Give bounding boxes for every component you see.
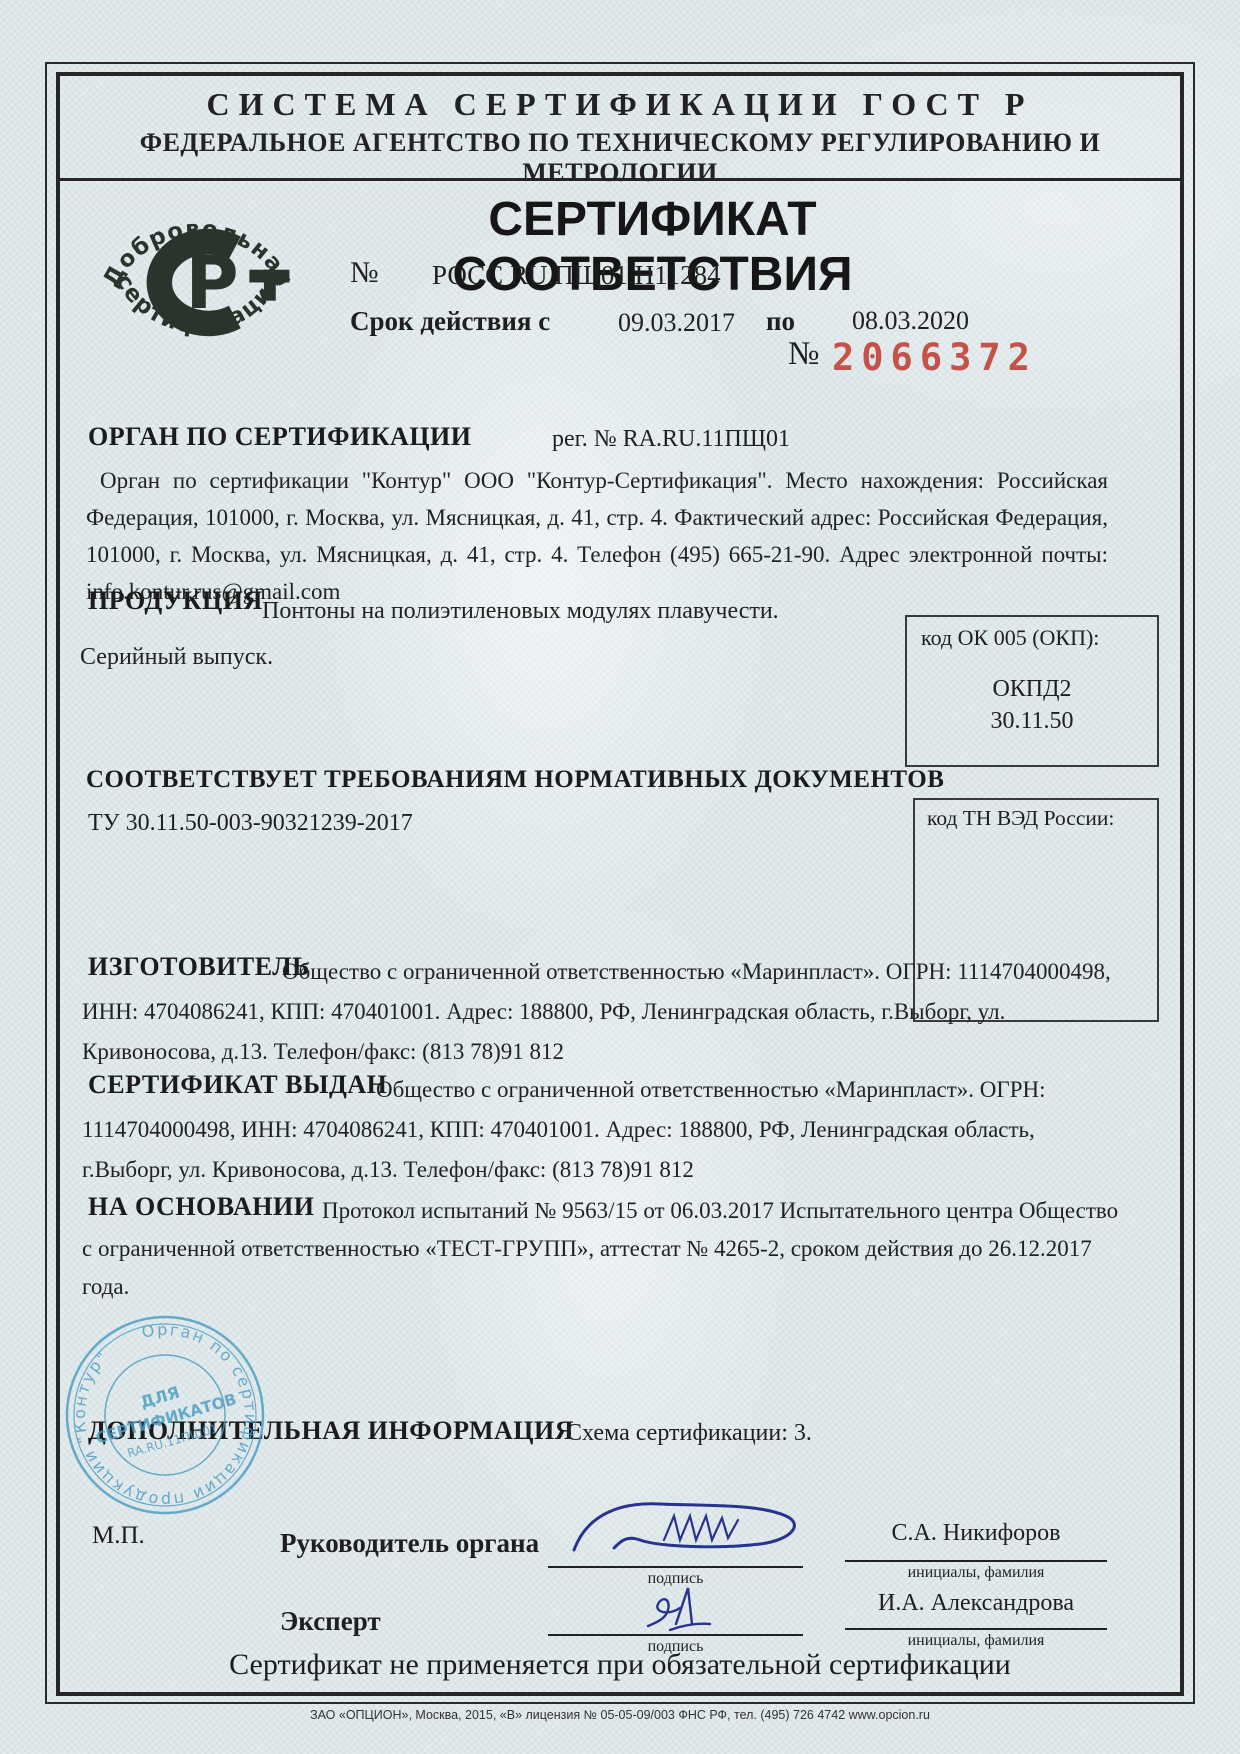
disclaimer-text: Сертификат не применяется при обязательн… xyxy=(70,1648,1170,1682)
expert-signature-line xyxy=(548,1634,803,1636)
head-name-line xyxy=(845,1560,1107,1562)
validity-label: Срок действия с xyxy=(350,306,550,337)
expert-name: И.А. Александрова xyxy=(845,1590,1107,1617)
form-number-label: № xyxy=(788,336,820,373)
agency-title: ФЕДЕРАЛЬНОЕ АГЕНТСТВО ПО ТЕХНИЧЕСКОМУ РЕ… xyxy=(64,128,1176,188)
expert-signature xyxy=(636,1580,736,1636)
certification-body-reg-number: рег. № RA.RU.11ПЩ01 xyxy=(552,426,790,453)
head-signature xyxy=(560,1494,810,1566)
form-number-red-stamp: 2066372 xyxy=(832,336,1037,379)
expert-name-line xyxy=(845,1628,1107,1630)
issued-to-text: Общество с ограниченной ответственностью… xyxy=(82,1070,1122,1190)
okp-code-value: ОКПД2 30.11.50 xyxy=(907,673,1157,737)
expert-signature-icon xyxy=(636,1580,736,1636)
head-signature-line xyxy=(548,1566,803,1568)
head-of-body-label: Руководитель органа xyxy=(280,1528,539,1559)
expert-label: Эксперт xyxy=(280,1606,381,1637)
valid-from-date: 09.03.2017 xyxy=(618,308,735,338)
head-signature-icon xyxy=(560,1494,810,1566)
valid-to-label: по xyxy=(766,306,795,337)
tnved-code-label: код ТН ВЭД России: xyxy=(927,806,1114,831)
certificate-page: { "header": { "system": "СИСТЕМА СЕРТИФИ… xyxy=(0,0,1240,1754)
seal-place-label: М.П. xyxy=(92,1522,145,1550)
additional-info-text: Схема сертификации: 3. xyxy=(566,1420,812,1447)
certificate-number-label: № xyxy=(350,256,379,290)
head-name-caption: инициалы, фамилия xyxy=(845,1564,1107,1582)
certification-body-heading: ОРГАН ПО СЕРТИФИКАЦИИ xyxy=(88,422,472,452)
rst-logo-icon: Добровольная сертификация Р xyxy=(90,186,305,368)
conformity-heading: СООТВЕТСТВУЕТ ТРЕБОВАНИЯМ НОРМАТИВНЫХ ДО… xyxy=(86,766,1096,794)
conformity-document: ТУ 30.11.50-003-90321239-2017 xyxy=(88,810,413,837)
okp-code-label: код ОК 005 (ОКП): xyxy=(921,625,1099,651)
certification-system-title: СИСТЕМА СЕРТИФИКАЦИИ ГОСТ Р xyxy=(70,86,1170,123)
valid-to-date: 08.03.2020 xyxy=(852,306,969,336)
production-text: Понтоны на полиэтиленовых модулях плавуч… xyxy=(80,588,870,680)
manufacturer-text: Общество с ограниченной ответственностью… xyxy=(82,952,1122,1072)
okp-code-box: код ОК 005 (ОКП): ОКПД2 30.11.50 xyxy=(905,615,1159,767)
print-shop-footer: ЗАО «ОПЦИОН», Москва, 2015, «В» лицензия… xyxy=(0,1708,1240,1722)
okp-code-line1: ОКПД2 xyxy=(907,673,1157,705)
head-name: С.А. Никифоров xyxy=(845,1520,1107,1547)
okp-code-line2: 30.11.50 xyxy=(907,705,1157,737)
rst-voluntary-certification-logo: Добровольная сертификация Р xyxy=(90,186,305,368)
logo-p-letter: Р xyxy=(185,241,238,326)
logo-t-stem xyxy=(264,270,276,301)
certificate-number: РОСС RU.ПЩ01.Н11284 xyxy=(432,260,721,291)
